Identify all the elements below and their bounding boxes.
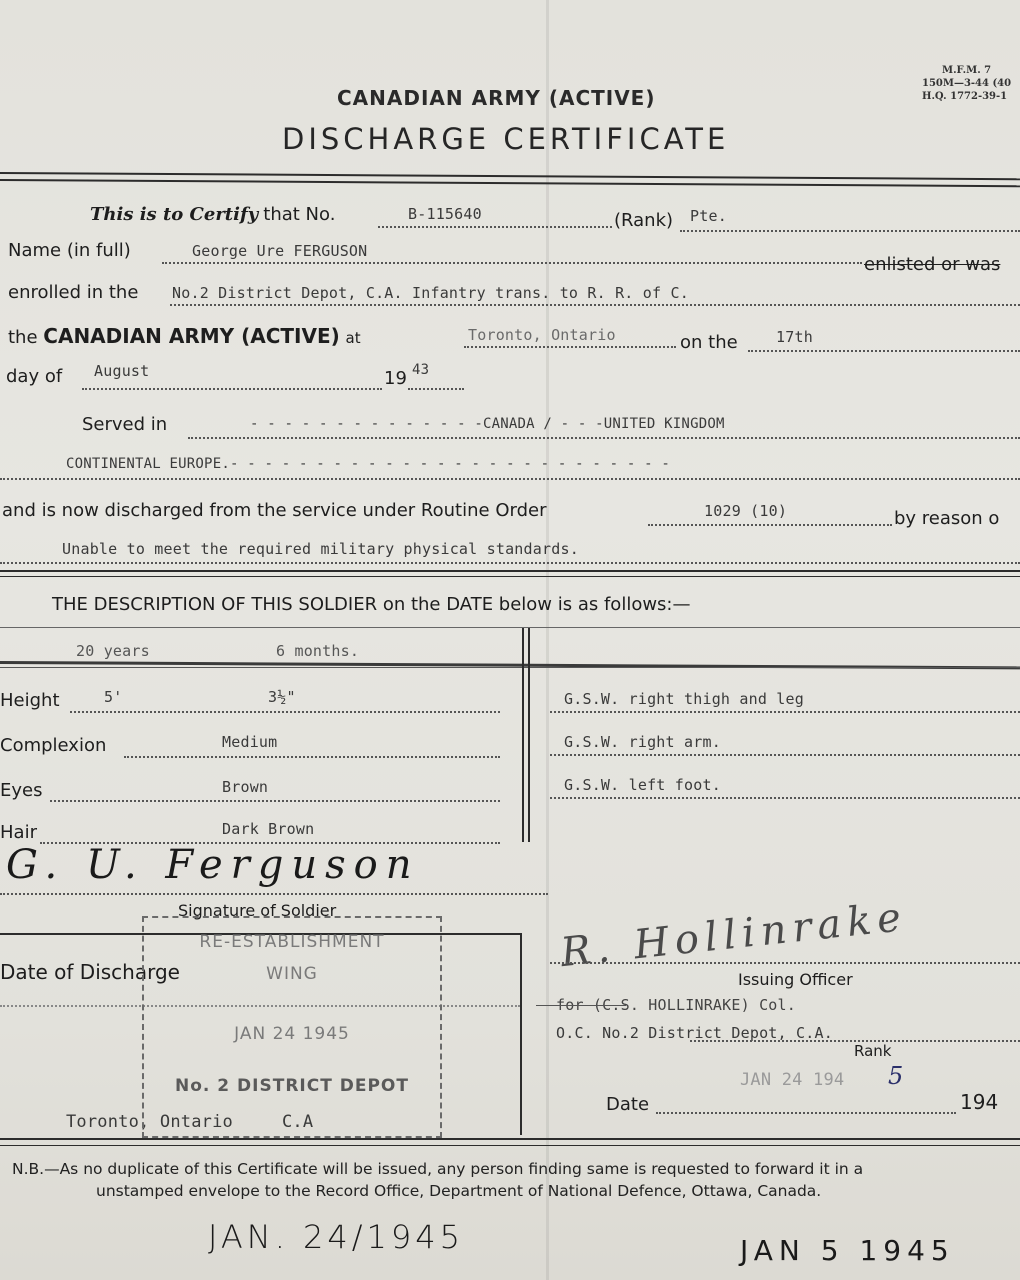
service-number: B-115640	[408, 205, 482, 223]
army-prefix: the	[8, 327, 38, 348]
name-label: Name (in full)	[8, 240, 131, 261]
eyes-line	[50, 800, 500, 802]
form-ref-line3: H.Q. 1772-39-1	[922, 90, 1011, 103]
description-heading: THE DESCRIPTION OF THIS SOLDIER on the D…	[52, 594, 691, 615]
discharge-order-label: and is now discharged from the service u…	[2, 500, 546, 521]
section-rule-2	[0, 576, 1020, 577]
date-label: Date	[606, 1094, 649, 1115]
complexion-value: Medium	[222, 733, 277, 751]
certify-row: This is to Certify that No.	[90, 204, 335, 225]
height-label: Height	[0, 690, 60, 711]
served-value-1: - - - - - - - - - - - - - -CANADA / - - …	[250, 416, 725, 432]
enrolled-label: enrolled in the	[8, 282, 138, 303]
certificate-paper: M.F.M. 7 150M—3-44 (40 H.Q. 1772-39-1 CA…	[0, 0, 1020, 1280]
height-feet: 5'	[104, 688, 122, 706]
handwritten-date-right: JAN 5 1945	[740, 1234, 955, 1267]
footer-rule-1	[0, 1138, 1020, 1140]
age-years: 20 years	[76, 642, 150, 660]
age-strikethrough	[0, 661, 1020, 669]
rank-label: (Rank)	[614, 210, 673, 231]
issuing-officer-caption: Issuing Officer	[738, 970, 853, 989]
handwritten-date-left: JAN. 24/1945	[208, 1218, 464, 1256]
re-establishment-stamp: RE-ESTABLISHMENT WING JAN 24 1945 No. 2 …	[142, 916, 442, 1138]
eyes-value: Brown	[222, 778, 268, 796]
place-line	[464, 346, 676, 348]
org-heading: CANADIAN ARMY (ACTIVE)	[337, 86, 655, 110]
discharge-reason: Unable to meet the required military phy…	[62, 540, 579, 558]
name-strike	[536, 1005, 626, 1006]
eyes-label: Eyes	[0, 780, 42, 801]
page-title: DISCHARGE CERTIFICATE	[282, 122, 729, 156]
army-name: CANADIAN ARMY (ACTIVE)	[43, 324, 339, 348]
section-rule-1	[0, 570, 1020, 572]
enlist-year: 43	[412, 362, 429, 378]
served-line-2	[0, 478, 1020, 480]
year-line	[408, 388, 464, 390]
enlist-month: August	[94, 362, 149, 380]
month-line	[82, 388, 382, 390]
description-divider-2	[528, 628, 530, 842]
complexion-line	[124, 756, 500, 758]
rank-line	[680, 230, 1020, 232]
on-the-label: on the	[680, 332, 738, 353]
header-rule-2	[0, 179, 1020, 187]
age-line	[0, 667, 1020, 668]
description-top-rule	[0, 627, 1020, 628]
mark-2: G.S.W. right arm.	[564, 733, 721, 751]
nb-notice-line1: N.B.—As no duplicate of this Certificate…	[12, 1160, 863, 1178]
at-label: at	[346, 329, 361, 347]
nb-notice-line2: unstamped envelope to the Record Office,…	[96, 1182, 821, 1200]
stamp-depot: No. 2 DISTRICT DEPOT	[144, 1076, 440, 1096]
stamp-line-2: WING	[144, 964, 440, 984]
description-divider	[522, 628, 524, 842]
enlist-place: Toronto, Ontario	[468, 326, 616, 344]
issuing-rank-caption: Rank	[854, 1042, 891, 1060]
mark-1: G.S.W. right thigh and leg	[564, 690, 804, 708]
certify-prefix: This is to Certify	[90, 204, 258, 225]
soldier-signature: G. U. Ferguson	[6, 842, 420, 888]
stamp-date: JAN 24 1945	[144, 1024, 440, 1044]
date-year-prefix: 194	[960, 1090, 998, 1114]
fold-crease	[546, 0, 549, 1280]
signature-line	[0, 893, 548, 895]
year-prefix: 19	[384, 368, 407, 389]
form-ref-line1: M.F.M. 7	[922, 64, 1011, 77]
served-value-2: CONTINENTAL EUROPE.- - - - - - - - - - -…	[66, 456, 670, 472]
form-ref-line2: 150M—3-44 (40	[922, 77, 1011, 90]
mark-line-1	[550, 711, 1020, 713]
name-value: George Ure FERGUSON	[192, 242, 367, 260]
height-inches: 3½"	[268, 688, 296, 706]
discharge-box-right	[520, 933, 522, 1135]
issuing-signature-line	[550, 962, 1020, 964]
day-line	[748, 350, 1020, 352]
description-heading-rest: on the DATE below is as follows:—	[383, 594, 691, 615]
date-line	[656, 1112, 956, 1114]
age-months: 6 months.	[276, 642, 359, 660]
served-label: Served in	[82, 414, 167, 435]
form-reference: M.F.M. 7 150M—3-44 (40 H.Q. 1772-39-1	[922, 64, 1011, 103]
hair-label: Hair	[0, 822, 37, 843]
enrolled-value: No.2 District Depot, C.A. Infantry trans…	[172, 284, 689, 302]
description-heading-caps: THE DESCRIPTION OF THIS SOLDIER	[52, 594, 377, 615]
number-line	[378, 226, 612, 228]
stamp-line-1: RE-ESTABLISHMENT	[144, 932, 440, 952]
reason-label: by reason o	[894, 508, 999, 529]
height-line	[70, 711, 500, 713]
enlisted-label: enlisted or was	[864, 254, 1000, 275]
name-line	[162, 262, 862, 264]
mark-3: G.S.W. left foot.	[564, 776, 721, 794]
hair-value: Dark Brown	[222, 820, 314, 838]
rank-value: Pte.	[690, 207, 727, 225]
issuing-date-ink: 5	[888, 1062, 903, 1090]
order-line	[648, 524, 892, 526]
mark-line-3	[550, 797, 1020, 799]
certify-no-label: that No.	[263, 204, 335, 225]
footer-rule-2	[0, 1145, 1020, 1146]
mark-line-2	[550, 754, 1020, 756]
served-line-1	[188, 437, 1020, 439]
army-row: the CANADIAN ARMY (ACTIVE) at	[8, 324, 361, 348]
issuing-date-stamp: JAN 24 194	[740, 1070, 844, 1090]
reason-line	[0, 562, 1020, 564]
routine-order-number: 1029 (10)	[704, 502, 787, 520]
day-of-label: day of	[6, 366, 62, 387]
enlist-day: 17th	[776, 328, 813, 346]
complexion-label: Complexion	[0, 735, 106, 756]
enrolled-line	[170, 304, 1020, 306]
